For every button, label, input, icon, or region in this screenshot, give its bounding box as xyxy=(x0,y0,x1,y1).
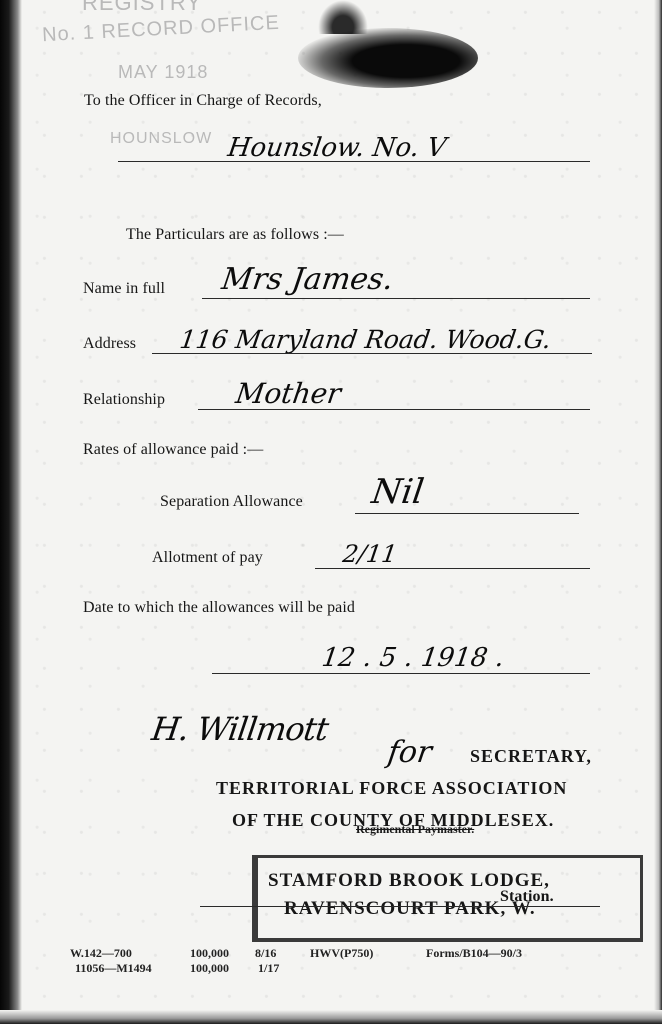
date-value: 12 . 5 . 1918 . xyxy=(320,643,506,673)
name-rule xyxy=(202,298,590,299)
allotment-value: 2/11 xyxy=(341,540,399,568)
registry-stamp-line1: REGISTRY xyxy=(82,0,202,16)
separation-allowance-rule xyxy=(355,513,579,514)
secretary-title: SECRETARY, xyxy=(470,746,592,767)
ink-blot xyxy=(298,28,478,88)
allotment-rule xyxy=(315,568,590,569)
rates-heading: Rates of allowance paid :— xyxy=(83,441,263,459)
relationship-label: Relationship xyxy=(83,391,165,409)
separation-allowance-label: Separation Allowance xyxy=(160,493,303,511)
station-rule xyxy=(200,906,600,907)
footer-form-number: Forms/B104—90/3 xyxy=(426,946,522,961)
registry-stamp-date: MAY 1918 xyxy=(118,62,208,83)
scan-right-edge xyxy=(654,0,662,1024)
signature: H. Willmott xyxy=(149,710,330,748)
station-label: Station. xyxy=(500,888,554,906)
address-value: 116 Maryland Road. Wood.G. xyxy=(178,325,553,354)
struck-regimental-paymaster: Regimental Paymaster. xyxy=(356,822,474,837)
address-label: Address xyxy=(83,335,136,353)
secretary-title-text: SECRETARY, xyxy=(470,746,592,766)
footer-date-1: 8/16 xyxy=(255,946,276,961)
relationship-value: Mother xyxy=(234,377,343,410)
registry-stamp-location: HOUNSLOW xyxy=(110,130,212,148)
date-label: Date to which the allowances will be pai… xyxy=(83,599,355,617)
signature-for: for xyxy=(386,735,434,770)
footer-qty-1: 100,000 xyxy=(190,946,229,961)
addressee-line: To the Officer in Charge of Records, xyxy=(84,92,322,110)
date-rule xyxy=(212,673,590,674)
footer-date-2: 1/17 xyxy=(258,961,279,976)
footer-qty-2: 100,000 xyxy=(190,961,229,976)
org-line1: TERRITORIAL FORCE ASSOCIATION xyxy=(216,778,567,799)
addressee-handwritten: Hounslow. No. V xyxy=(226,133,448,163)
footer-code-2: 11056—M1494 xyxy=(75,961,152,976)
registry-stamp-line2: No. 1 RECORD OFFICE xyxy=(42,12,281,47)
footer-code-1: W.142—700 xyxy=(70,946,132,961)
name-label: Name in full xyxy=(83,280,165,298)
name-value: Mrs James. xyxy=(220,262,396,297)
allotment-label: Allotment of pay xyxy=(152,549,263,567)
footer-printer: HWV(P750) xyxy=(310,946,373,961)
relationship-rule xyxy=(198,409,590,410)
scan-left-edge xyxy=(0,0,22,1024)
separation-allowance-value: Nil xyxy=(369,472,426,512)
station-stamp-line2: RAVENSCOURT PARK, W. xyxy=(284,898,536,920)
particulars-heading: The Particulars are as follows :— xyxy=(126,226,344,244)
scan-bottom-edge xyxy=(0,1010,662,1024)
addressee-rule xyxy=(118,161,590,162)
address-rule xyxy=(152,353,592,354)
